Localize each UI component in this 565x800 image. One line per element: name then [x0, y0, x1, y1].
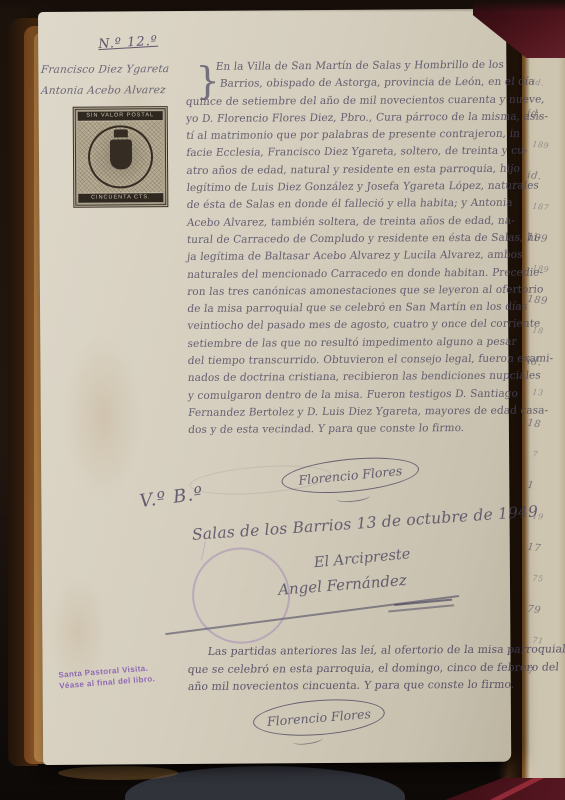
manuscript-line: de ésta de Salas en donde él falleció y …: [185, 197, 513, 217]
parroco-signature: Florencio Flores: [280, 452, 420, 498]
parroco-signature-2: Florencio Flores: [252, 695, 386, 740]
manuscript-line: dos y de esta vecindad. Y para que const…: [187, 422, 515, 442]
photograph-of-register-page: 188id.id.189id.18718918918918id.13187119…: [0, 0, 565, 800]
margin-name: Antonia Acebo Alvarez: [40, 84, 200, 106]
stamp-shield-icon: [110, 139, 132, 169]
fiscal-revenue-stamp: SIN VALOR POSTAL CINCUENTA CTS.: [73, 106, 169, 208]
parish-ink-stamp: · · ·: [183, 539, 298, 653]
index-number: 189: [524, 139, 565, 174]
manuscript-line: naturales del mencionado Carracedo en do…: [186, 266, 514, 286]
index-number: 75: [524, 573, 565, 608]
manuscript-line: Barrios, obispado de Astorga, provincia …: [185, 76, 513, 96]
manuscript-line: nados de doctrina cristiana, recibieron …: [187, 370, 515, 390]
closing-note: Las partidas anteriores las leí, al ofer…: [187, 643, 532, 698]
manuscript-line: veintiocho del pasado mes de agosto, cua…: [186, 318, 514, 338]
stamp-crown-icon: [114, 129, 128, 137]
margin-name: Francisco Diez Ygareta: [39, 63, 199, 85]
signature-rubric: [336, 491, 371, 504]
closing-line: año mil novecientos cincuenta. Y para qu…: [187, 678, 534, 698]
parish-stamp-text: · · ·: [213, 580, 273, 600]
manuscript-line: quince de setiembre del año de mil novec…: [185, 93, 513, 113]
manuscript-line: y comulgaron dentro de la misa. Fueron t…: [187, 387, 515, 407]
stamp-bottom-text: CINCUENTA CTS.: [78, 193, 163, 203]
entry-number: N.º 12.º: [98, 34, 159, 53]
index-number: 79: [524, 604, 565, 639]
visto-bueno-label: V.º B.º: [138, 483, 204, 512]
stamp-engraving: [78, 121, 163, 193]
photo-top-shadow: [0, 0, 565, 12]
index-number: 7: [524, 449, 565, 484]
stamp-top-text: SIN VALOR POSTAL: [78, 111, 163, 121]
arcipreste-title: El Arcipreste: [313, 546, 411, 571]
signature-rubric-2: [293, 734, 324, 746]
paper-stain: [62, 331, 143, 502]
manuscript-body: En la Villa de San Martín de Salas y Hom…: [185, 59, 514, 442]
arcipreste-signature: Angel Fernández: [278, 571, 408, 599]
margin-spouse-names: Francisco Diez YgaretaAntonia Acebo Alva…: [40, 63, 198, 106]
closing-line: Las partidas anteriores las leí, al ofer…: [186, 643, 533, 663]
manuscript-line: ja legítima de Baltasar Acebo Alvarez y …: [186, 249, 514, 269]
index-number: 17: [524, 542, 565, 577]
place-and-date-line: Salas de los Barrios 13 de octubre de 19…: [191, 501, 551, 543]
register-page: N.º 12.º Francisco Diez YgaretaAntonia A…: [38, 9, 511, 765]
index-number: 18: [524, 418, 565, 453]
page-edge-curl: [58, 766, 178, 780]
manuscript-line: facie Ecclesia, Francisco Diez Ygareta, …: [185, 145, 513, 165]
manuscript-line: Acebo Alvarez, también soltera, de trein…: [185, 214, 513, 234]
